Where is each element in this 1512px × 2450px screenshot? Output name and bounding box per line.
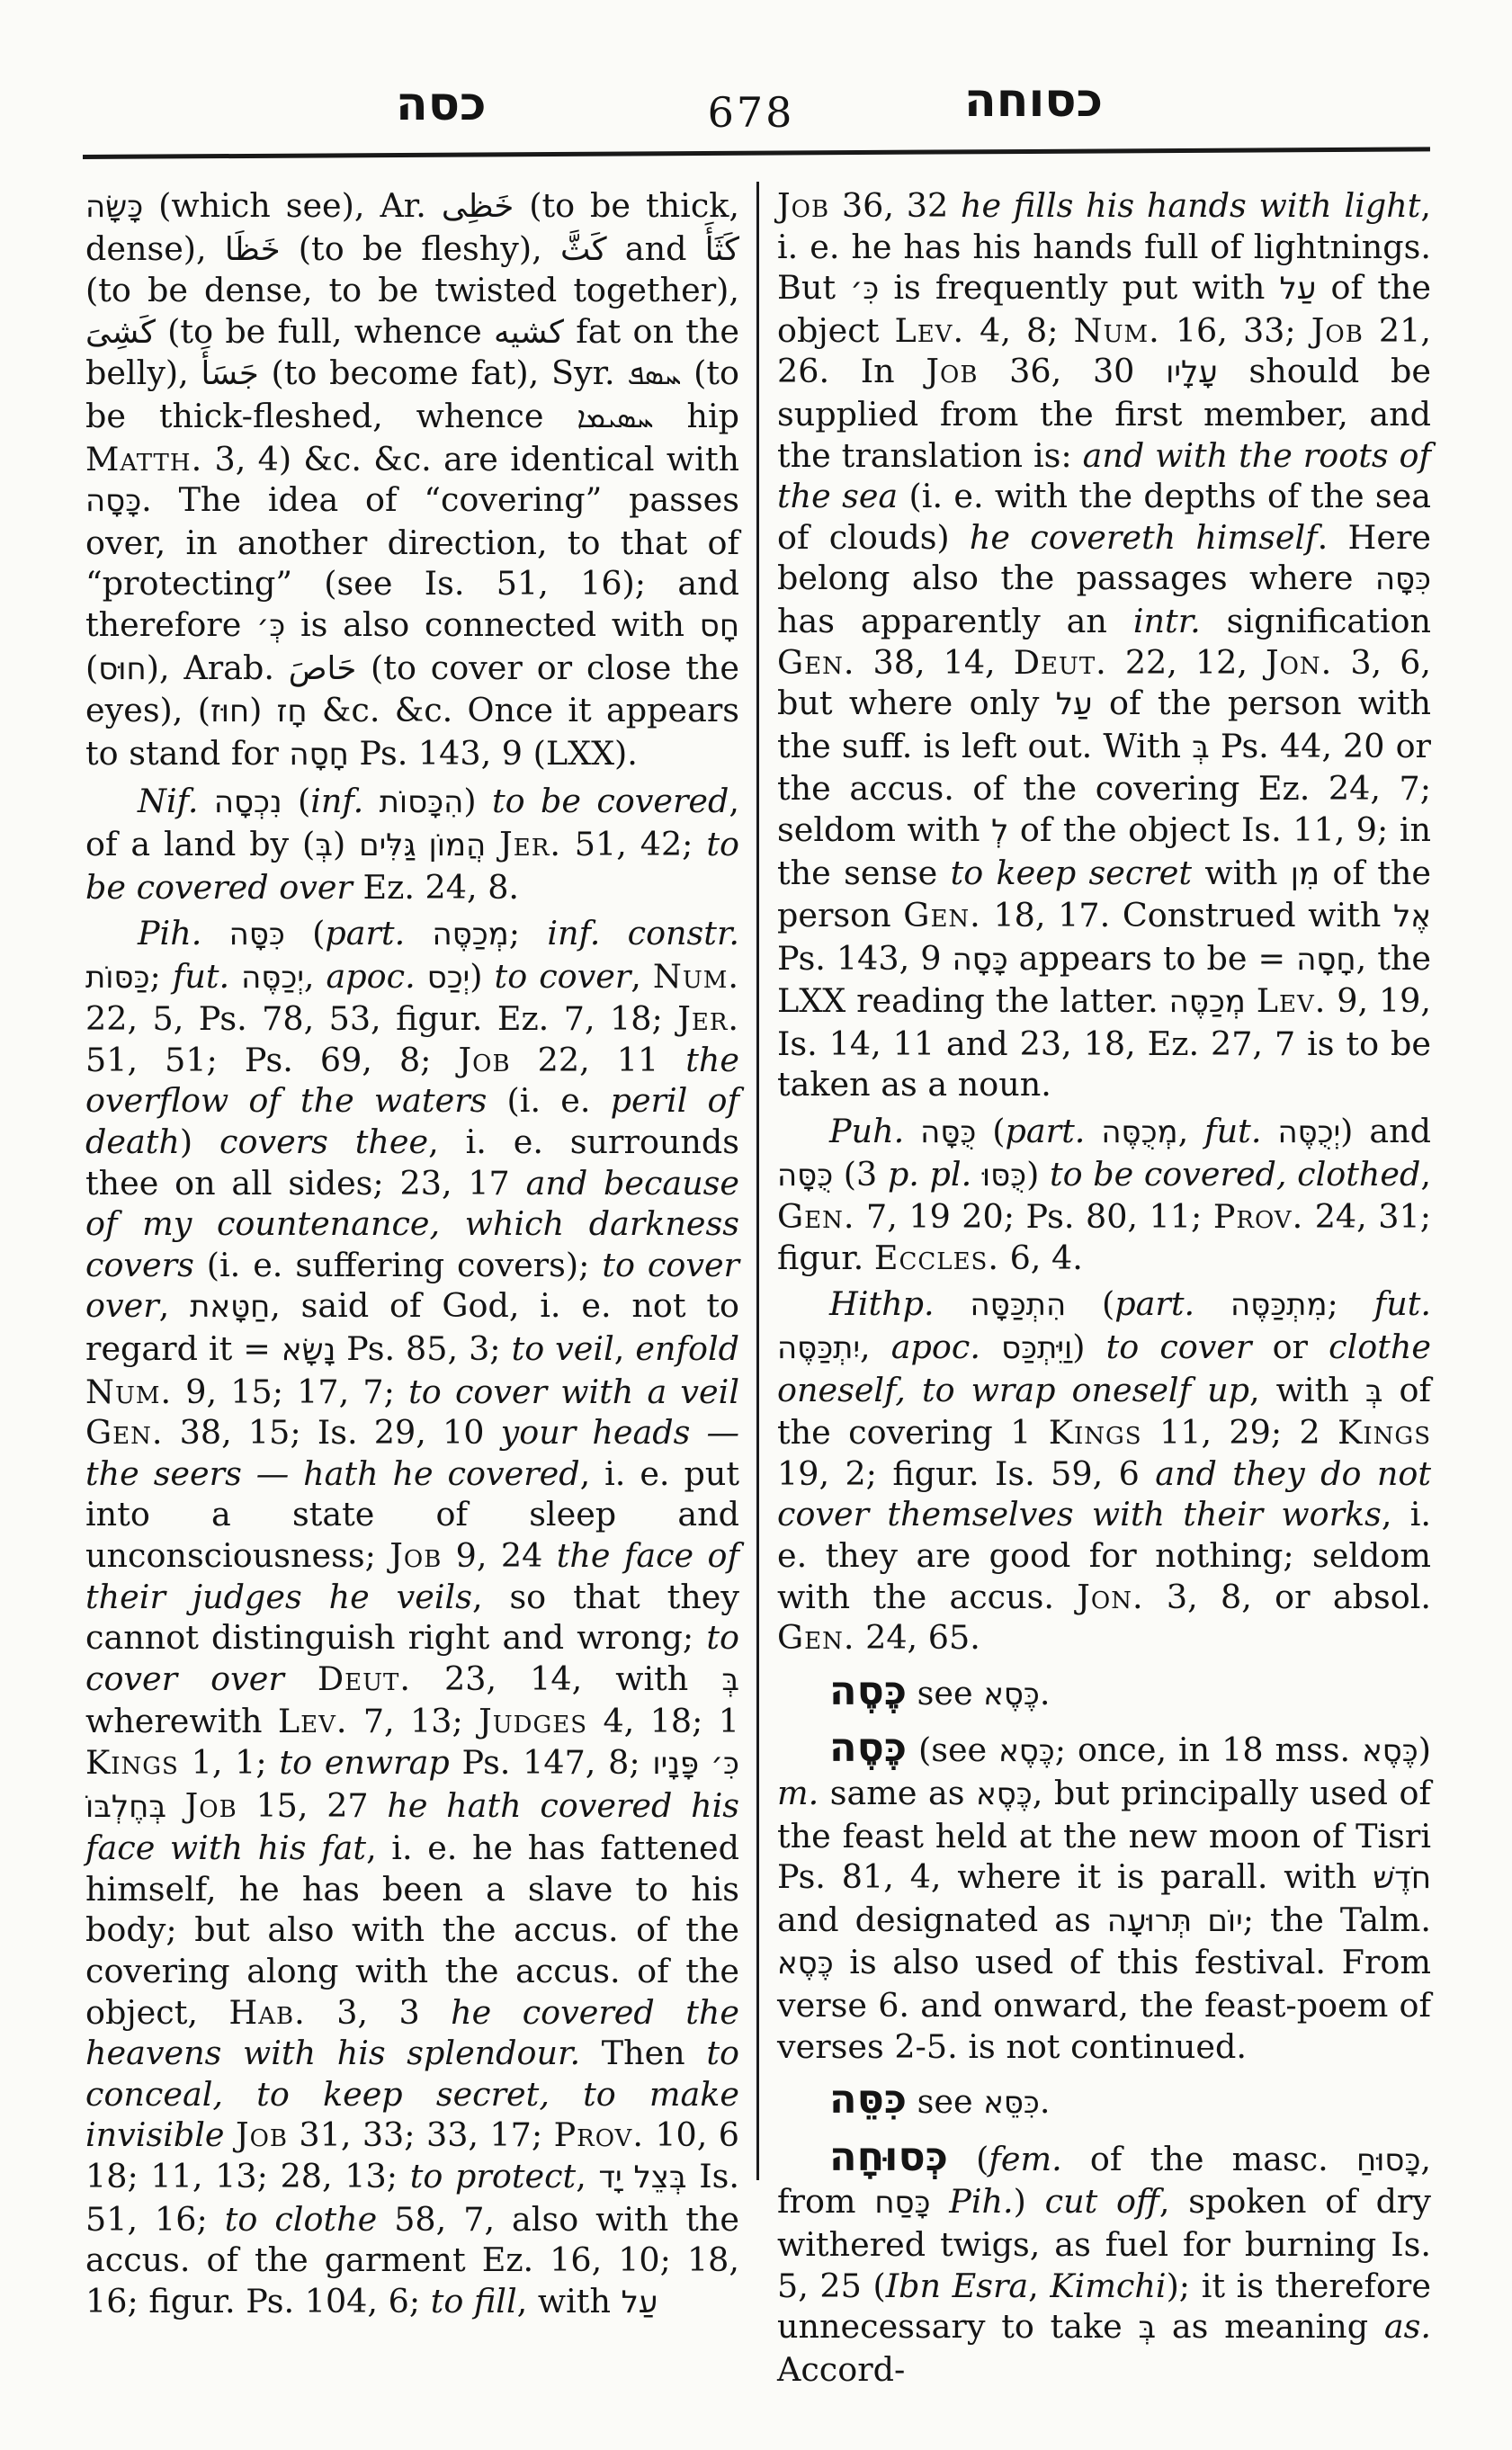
left-column: כָּשָׂה (which see), Ar. خَظِى (to be th…: [85, 185, 739, 2323]
header-rule: [83, 147, 1430, 159]
paragraph: Nif. נִכְסָה (inf. הִכָּסוֹת) to be cove…: [85, 781, 739, 908]
lexicon-page: כסה 678 כסוחה כָּשָׂה (which see), Ar. خ…: [0, 0, 1512, 2450]
entry-paragraph: כֶּסֶה (see כֶּסֶא; once, in 18 mss. כֶּ…: [777, 1728, 1431, 2067]
header-right-keyword: כסוחה: [964, 77, 1103, 124]
entry-paragraph: כִּסֵּה see כִּסֵּא.: [777, 2079, 1431, 2124]
page-number: 678: [670, 88, 832, 137]
column-divider: [756, 182, 759, 2180]
paragraph: כָּשָׂה (which see), Ar. خَظِى (to be th…: [85, 185, 739, 775]
paragraph: Puh. כֻּסָּה (part. מְכֻסֶּה, fut. יְכֻס…: [777, 1111, 1431, 1278]
right-column: Job 36, 32 he fills his hands with light…: [777, 185, 1431, 2390]
paragraph: Hithp. הִתְכַּסָּה (part. מִתְכַּסֶּה; f…: [777, 1283, 1431, 1658]
header-left-keyword: כסה: [396, 81, 487, 128]
entry-paragraph: כְּסוּחָה (fem. of the masc. כָּסוּחַ, f…: [777, 2137, 1431, 2391]
entry-paragraph: כֶּסֶה see כֶּסֶא.: [777, 1671, 1431, 1716]
paragraph: Pih. כִּסָּה (part. מְכַסֶּה; inf. const…: [85, 913, 739, 2323]
paragraph: Job 36, 32 he fills his hands with light…: [777, 185, 1431, 1105]
